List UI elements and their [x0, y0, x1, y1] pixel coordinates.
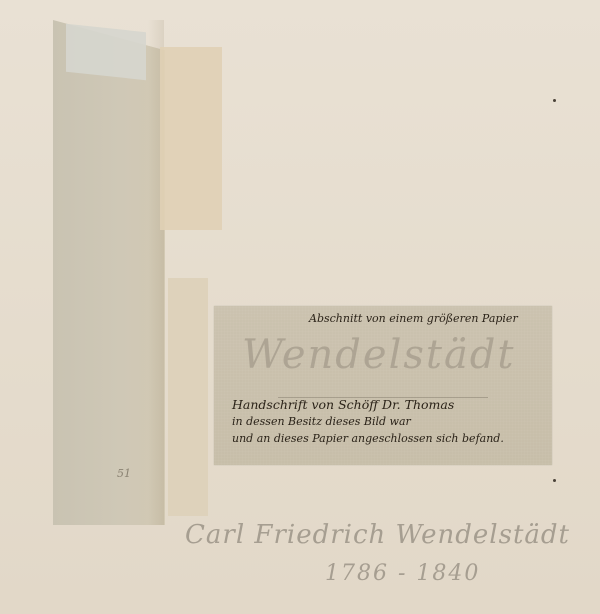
mounting-tape-top [66, 24, 146, 80]
provenance-line-3: und an dieses Papier angeschlossen sich … [232, 430, 552, 447]
hinge-tape-lower [168, 278, 208, 516]
folio-number: 51 [117, 467, 131, 480]
provenance-line-2: in dessen Besitz dieses Bild war [232, 413, 552, 430]
provenance-line-1: Handschrift von Schöff Dr. Thomas [232, 396, 552, 413]
provenance-note: Handschrift von Schöff Dr. Thomas in des… [232, 396, 552, 447]
corner-mark-top [553, 99, 556, 102]
pencil-caption-name: Carl Friedrich Wendelstädt [185, 520, 570, 550]
underline-rule [278, 397, 488, 398]
pencil-caption-dates: 1786 - 1840 [325, 561, 480, 586]
faded-signature: Wendelstädt [242, 332, 515, 378]
hinge-tape-upper [160, 47, 222, 230]
album-page: 51 Abschnitt von einem größeren Papier W… [0, 0, 600, 614]
fragment-header-note: Abschnitt von einem größeren Papier [309, 312, 544, 325]
corner-mark-bottom [553, 479, 556, 482]
autograph-fragment: Abschnitt von einem größeren Papier Wend… [214, 306, 552, 465]
